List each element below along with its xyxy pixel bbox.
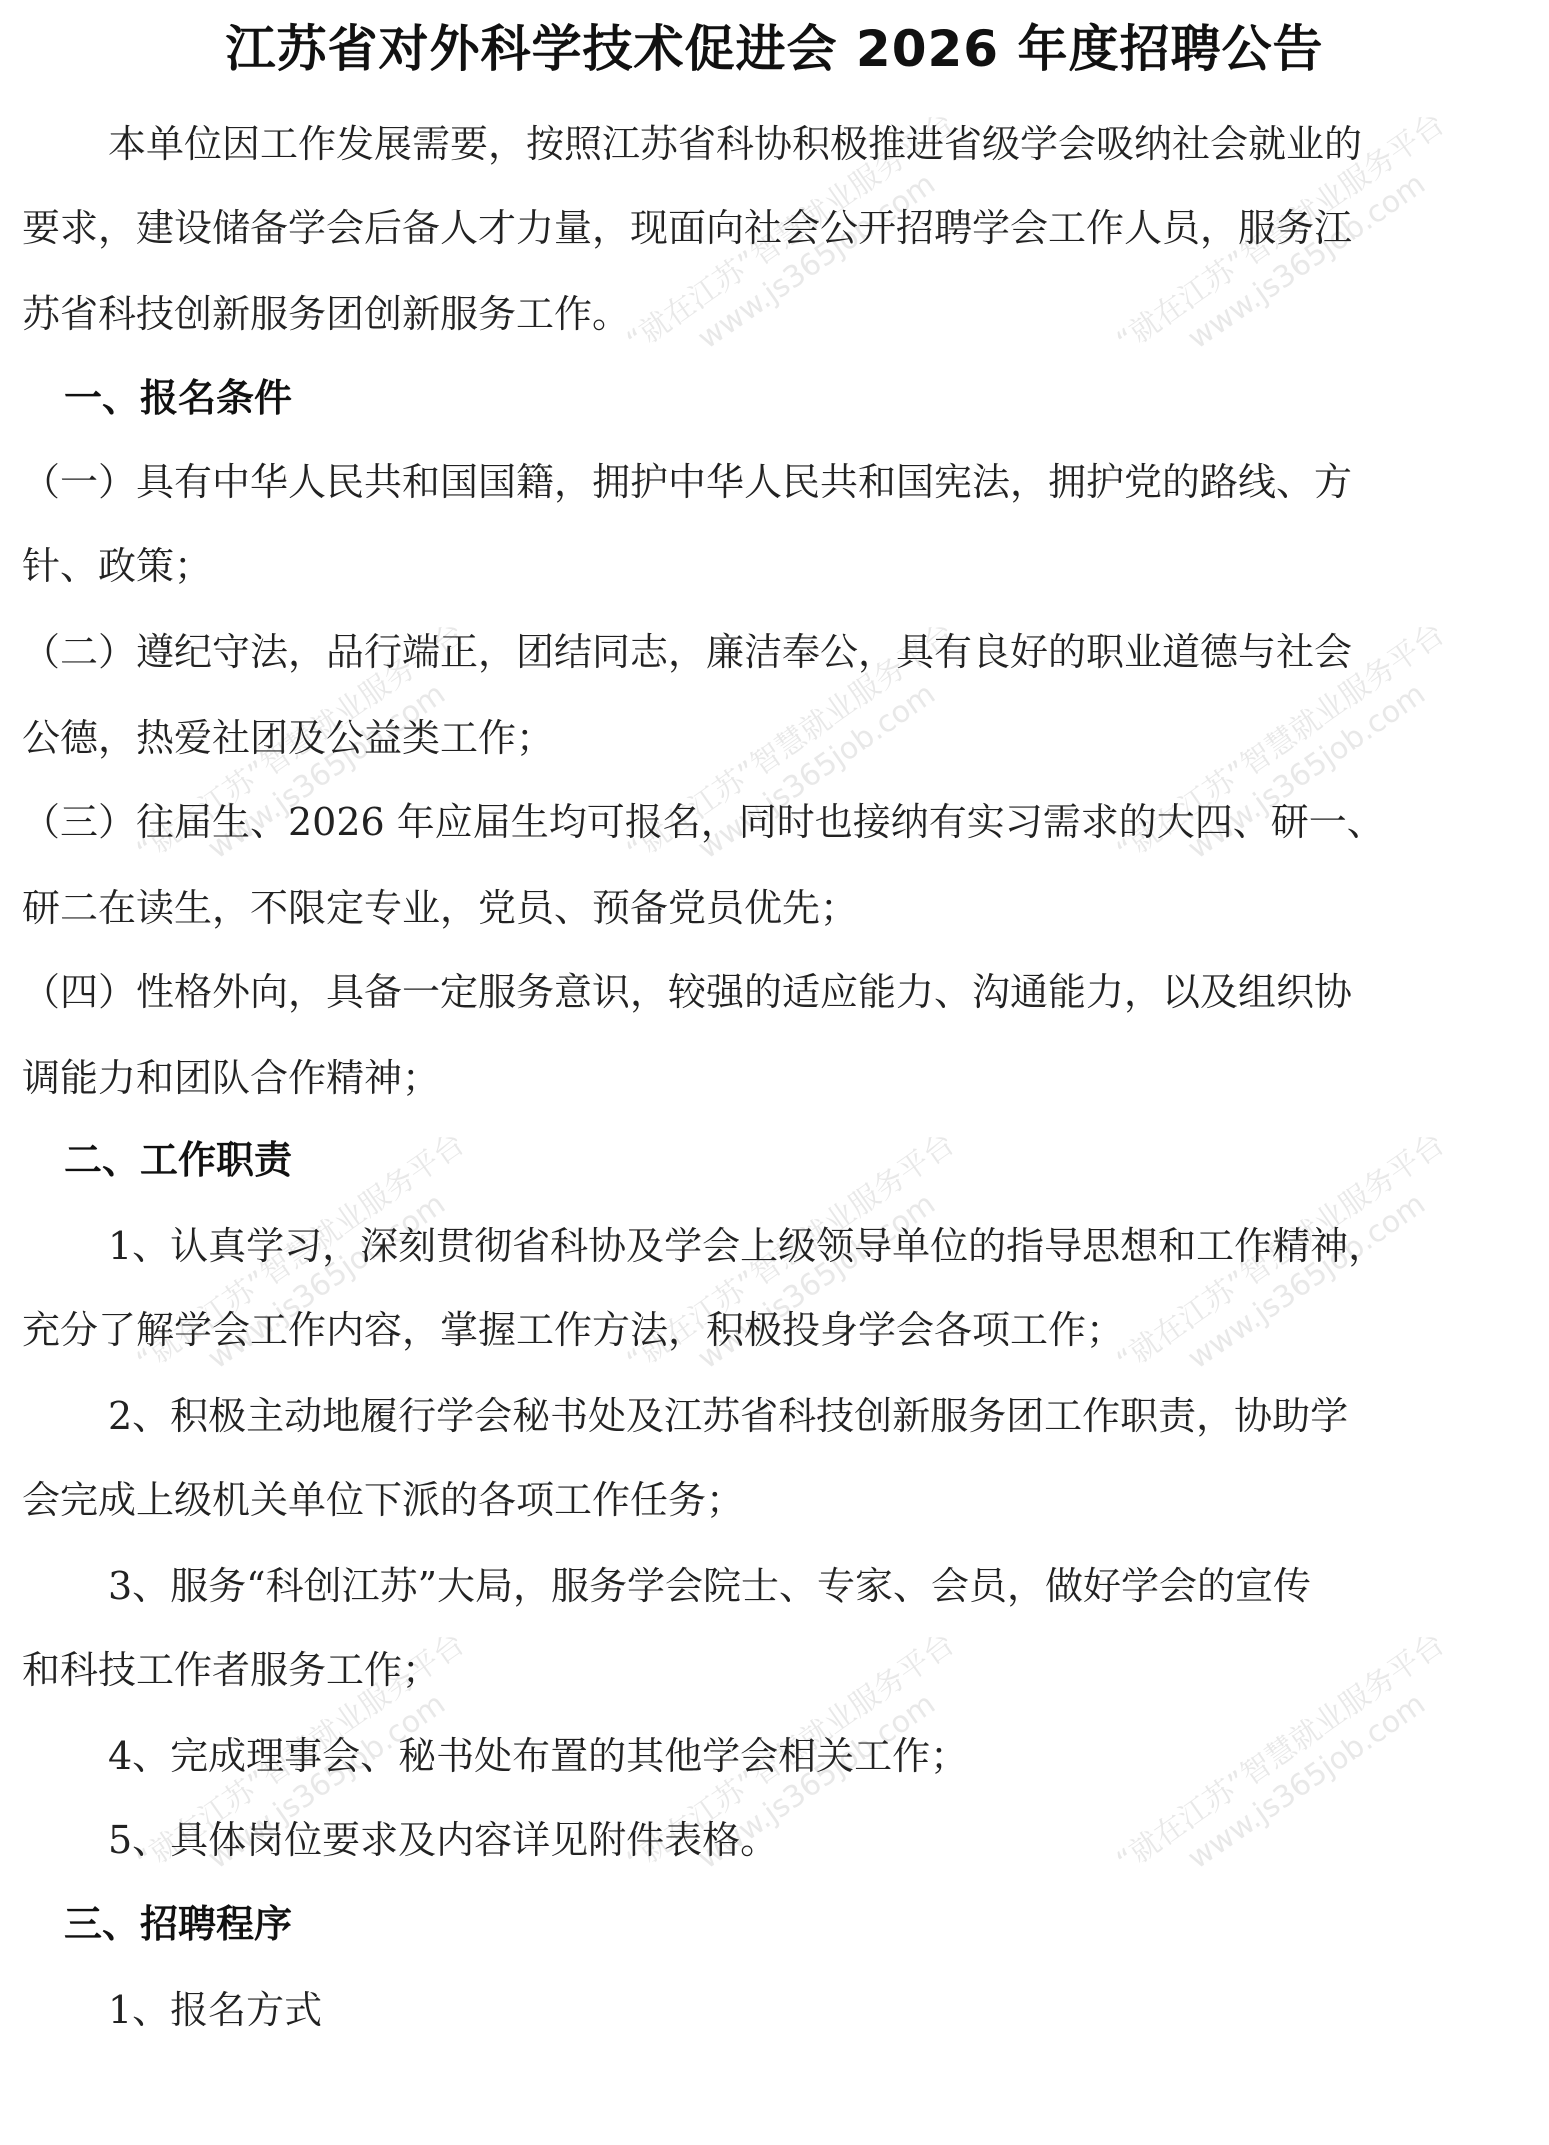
eligibility-line: 公德，热爱社团及公益类工作； <box>22 712 554 764</box>
watermark-url: www.js365job.com <box>642 1157 984 1412</box>
eligibility-line: 针、政策； <box>22 540 212 592</box>
intro-line: 要求，建设储备学会后备人才力量，现面向社会公开招聘学会工作人员，服务江 <box>22 202 1352 254</box>
watermark: “就在江苏”智慧就业服务平台 www.js365job.com <box>1110 1626 1474 1913</box>
watermark-url: www.js365job.com <box>152 647 494 902</box>
procedure-line: 1、报名方式 <box>108 1984 322 2036</box>
eligibility-line: （二）遵纪守法，品行端正，团结同志，廉洁奉公，具有良好的职业道德与社会 <box>22 626 1352 678</box>
eligibility-line: （四）性格外向，具备一定服务意识，较强的适应能力、沟通能力，以及组织协 <box>22 966 1352 1018</box>
duties-line: 和科技工作者服务工作； <box>22 1644 440 1696</box>
watermark-url: www.js365job.com <box>1132 1657 1474 1912</box>
eligibility-line: （一）具有中华人民共和国国籍，拥护中华人民共和国宪法，拥护党的路线、方 <box>22 456 1352 508</box>
eligibility-line: （三）往届生、2026 年应届生均可报名，同时也接纳有实习需求的大四、研一、 <box>22 796 1385 848</box>
watermark-url: www.js365job.com <box>642 137 984 392</box>
section-heading-duties: 二、工作职责 <box>64 1134 292 1186</box>
intro-line: 苏省科技创新服务团创新服务工作。 <box>22 288 630 340</box>
section-heading-eligibility: 一、报名条件 <box>64 372 292 424</box>
intro-line: 本单位因工作发展需要，按照江苏省科协积极推进省级学会吸纳社会就业的 <box>108 118 1362 170</box>
watermark-url: www.js365job.com <box>1132 647 1474 902</box>
watermark-text: “就在江苏”智慧就业服务平台 <box>1110 1626 1452 1881</box>
watermark-url: www.js365job.com <box>1132 137 1474 392</box>
document-title: 江苏省对外科学技术促进会 2026 年度招聘公告 <box>0 14 1549 84</box>
section-heading-procedure: 三、招聘程序 <box>64 1898 292 1950</box>
watermark-url: www.js365job.com <box>642 1657 984 1912</box>
duties-line: 5、具体岗位要求及内容详见附件表格。 <box>108 1814 778 1866</box>
duties-line: 1、认真学习，深刻贯彻省科协及学会上级领导单位的指导思想和工作精神， <box>108 1220 1386 1272</box>
duties-line: 3、服务“科创江苏”大局，服务学会院士、专家、会员，做好学会的宣传 <box>108 1560 1311 1612</box>
duties-line: 2、积极主动地履行学会秘书处及江苏省科技创新服务团工作职责，协助学 <box>108 1390 1348 1442</box>
eligibility-line: 调能力和团队合作精神； <box>22 1052 440 1104</box>
document-page: “就在江苏”智慧就业服务平台 www.js365job.com “就在江苏”智慧… <box>0 0 1549 2145</box>
watermark-url: www.js365job.com <box>1132 1157 1474 1412</box>
duties-line: 充分了解学会工作内容，掌握工作方法，积极投身学会各项工作； <box>22 1304 1124 1356</box>
eligibility-line: 研二在读生，不限定专业，党员、预备党员优先； <box>22 882 858 934</box>
watermark-url: www.js365job.com <box>152 1157 494 1412</box>
watermark-url: www.js365job.com <box>642 647 984 902</box>
duties-line: 会完成上级机关单位下派的各项工作任务； <box>22 1474 744 1526</box>
duties-line: 4、完成理事会、秘书处布置的其他学会相关工作； <box>108 1730 968 1782</box>
